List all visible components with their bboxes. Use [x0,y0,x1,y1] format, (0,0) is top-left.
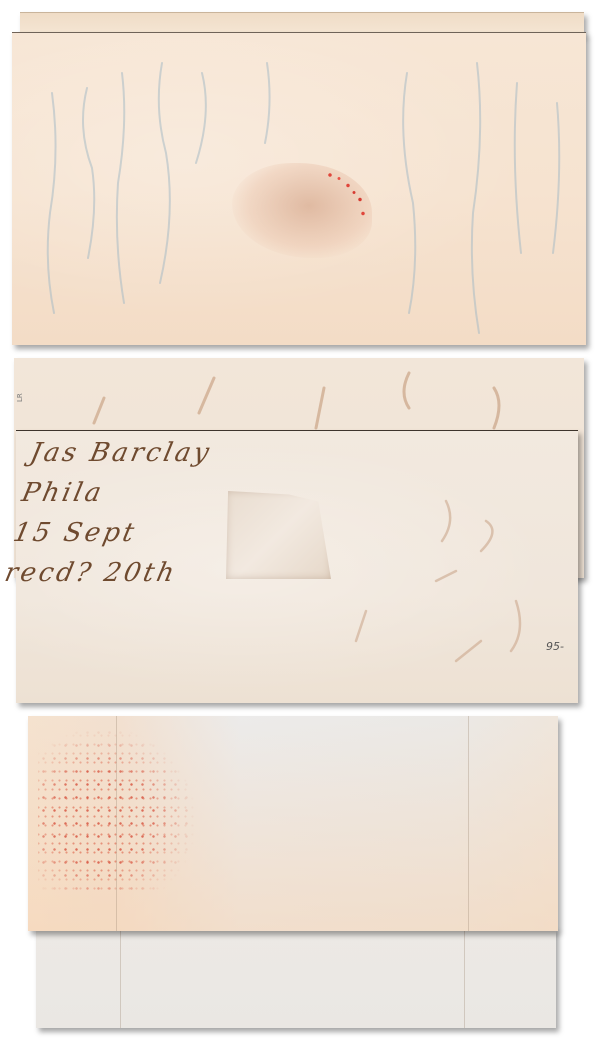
fold-line [468,716,469,931]
docket-line-received: recd? 20th [1,553,190,593]
docket-line-name: Jas Barclay [27,433,216,473]
docket-handwriting: Jas Barclay Phila 15 Sept recd? 20th [1,433,216,593]
letter-middle-front: Jas Barclay Phila 15 Sept recd? 20th 95- [16,430,578,703]
docket-line-city: Phila [18,473,207,513]
pencil-price-note: 95- [546,640,564,653]
pencil-initials: LR [16,393,24,402]
red-postal-marking [38,726,198,896]
seal-patch [226,491,331,579]
docket-line-date: 15 Sept [9,513,198,553]
letter-top-sheet [12,32,586,345]
fold-line [464,928,465,1028]
letter-bottom-main [28,716,558,931]
fold-line [120,928,121,1028]
red-wax-spots [312,168,372,238]
fold-line [116,716,117,931]
letter-bottom-underside [36,928,556,1028]
